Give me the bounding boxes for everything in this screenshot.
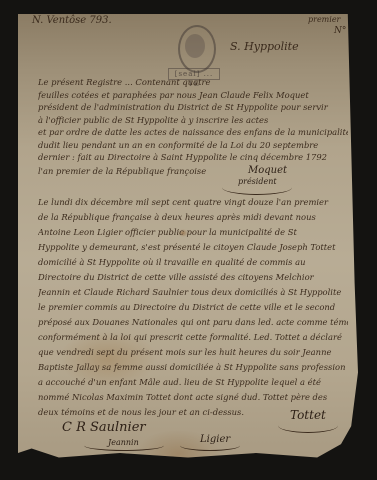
paragraph-1-line: l'an premier de la République françoise <box>38 166 348 176</box>
place-heading: S. Hyppolite <box>230 40 299 53</box>
paragraph-1-line: dudit lieu pendant un an en conformité d… <box>38 140 348 150</box>
paragraph-2-line: conformément à la loi qui prescrit cette… <box>38 332 348 342</box>
signature-flourish-icon <box>180 440 240 451</box>
signature-president-name: Moquet <box>248 165 287 176</box>
paragraph-2-line: nommé Nicolas Maximin Tottet dont acte s… <box>38 392 348 402</box>
signature-flourish-icon <box>278 418 338 433</box>
header-top-right-label: premier <box>308 15 340 24</box>
seal-portrait-icon <box>185 34 205 58</box>
paragraph-1-line: dernier : fait au Directoire à Saint Hyp… <box>38 152 348 162</box>
signature-saulnier: C R Saulnier <box>62 420 146 435</box>
paragraph-2-line: préposé aux Douanes Nationales qui ont p… <box>38 317 348 327</box>
paragraph-2-line: de la République française à deux heures… <box>38 212 348 222</box>
paragraph-1-line: feuilles cotées et paraphées par nous Je… <box>38 90 348 100</box>
header-top-right-number: N° <box>334 26 346 36</box>
paragraph-2-line: que vendredi sept du présent mois sur le… <box>38 347 348 357</box>
paragraph-1-line: président de l'administration du Distric… <box>38 102 348 112</box>
signature-flourish-icon <box>84 440 164 451</box>
paragraph-1-line: et par ordre de datte les actes de naiss… <box>38 127 348 137</box>
paragraph-2-line: a accouché d'un enfant Mâle aud. lieu de… <box>38 377 348 387</box>
paragraph-2-line: Jeannin et Claude Richard Saulnier tous … <box>38 287 348 297</box>
paragraph-2-line: Directoire du District de cette ville as… <box>38 272 348 282</box>
paragraph-2-line: Le lundi dix décembre mil sept cent quat… <box>38 197 348 207</box>
signature-flourish-icon <box>222 180 292 195</box>
paragraph-2-line: Baptiste Jallay sa femme aussi domicilié… <box>38 362 348 372</box>
paragraph-2-line: le premier commis au Directoire du Distr… <box>38 302 348 312</box>
paragraph-2-line: domicilié à St Hyppolite où il travaille… <box>38 257 348 267</box>
paragraph-2-line: Antoine Leon Ligier officier public pour… <box>38 227 348 237</box>
paragraph-2-line: Hyppolite y demeurant, s'est présenté le… <box>38 242 348 252</box>
paragraph-1-line: Le présent Registre ... Contenant quatre <box>38 77 348 87</box>
header-date-note: N. Ventôse 793. <box>32 15 112 26</box>
paragraph-1-line: à l'officier public de St Hyppolite à y … <box>38 115 348 125</box>
